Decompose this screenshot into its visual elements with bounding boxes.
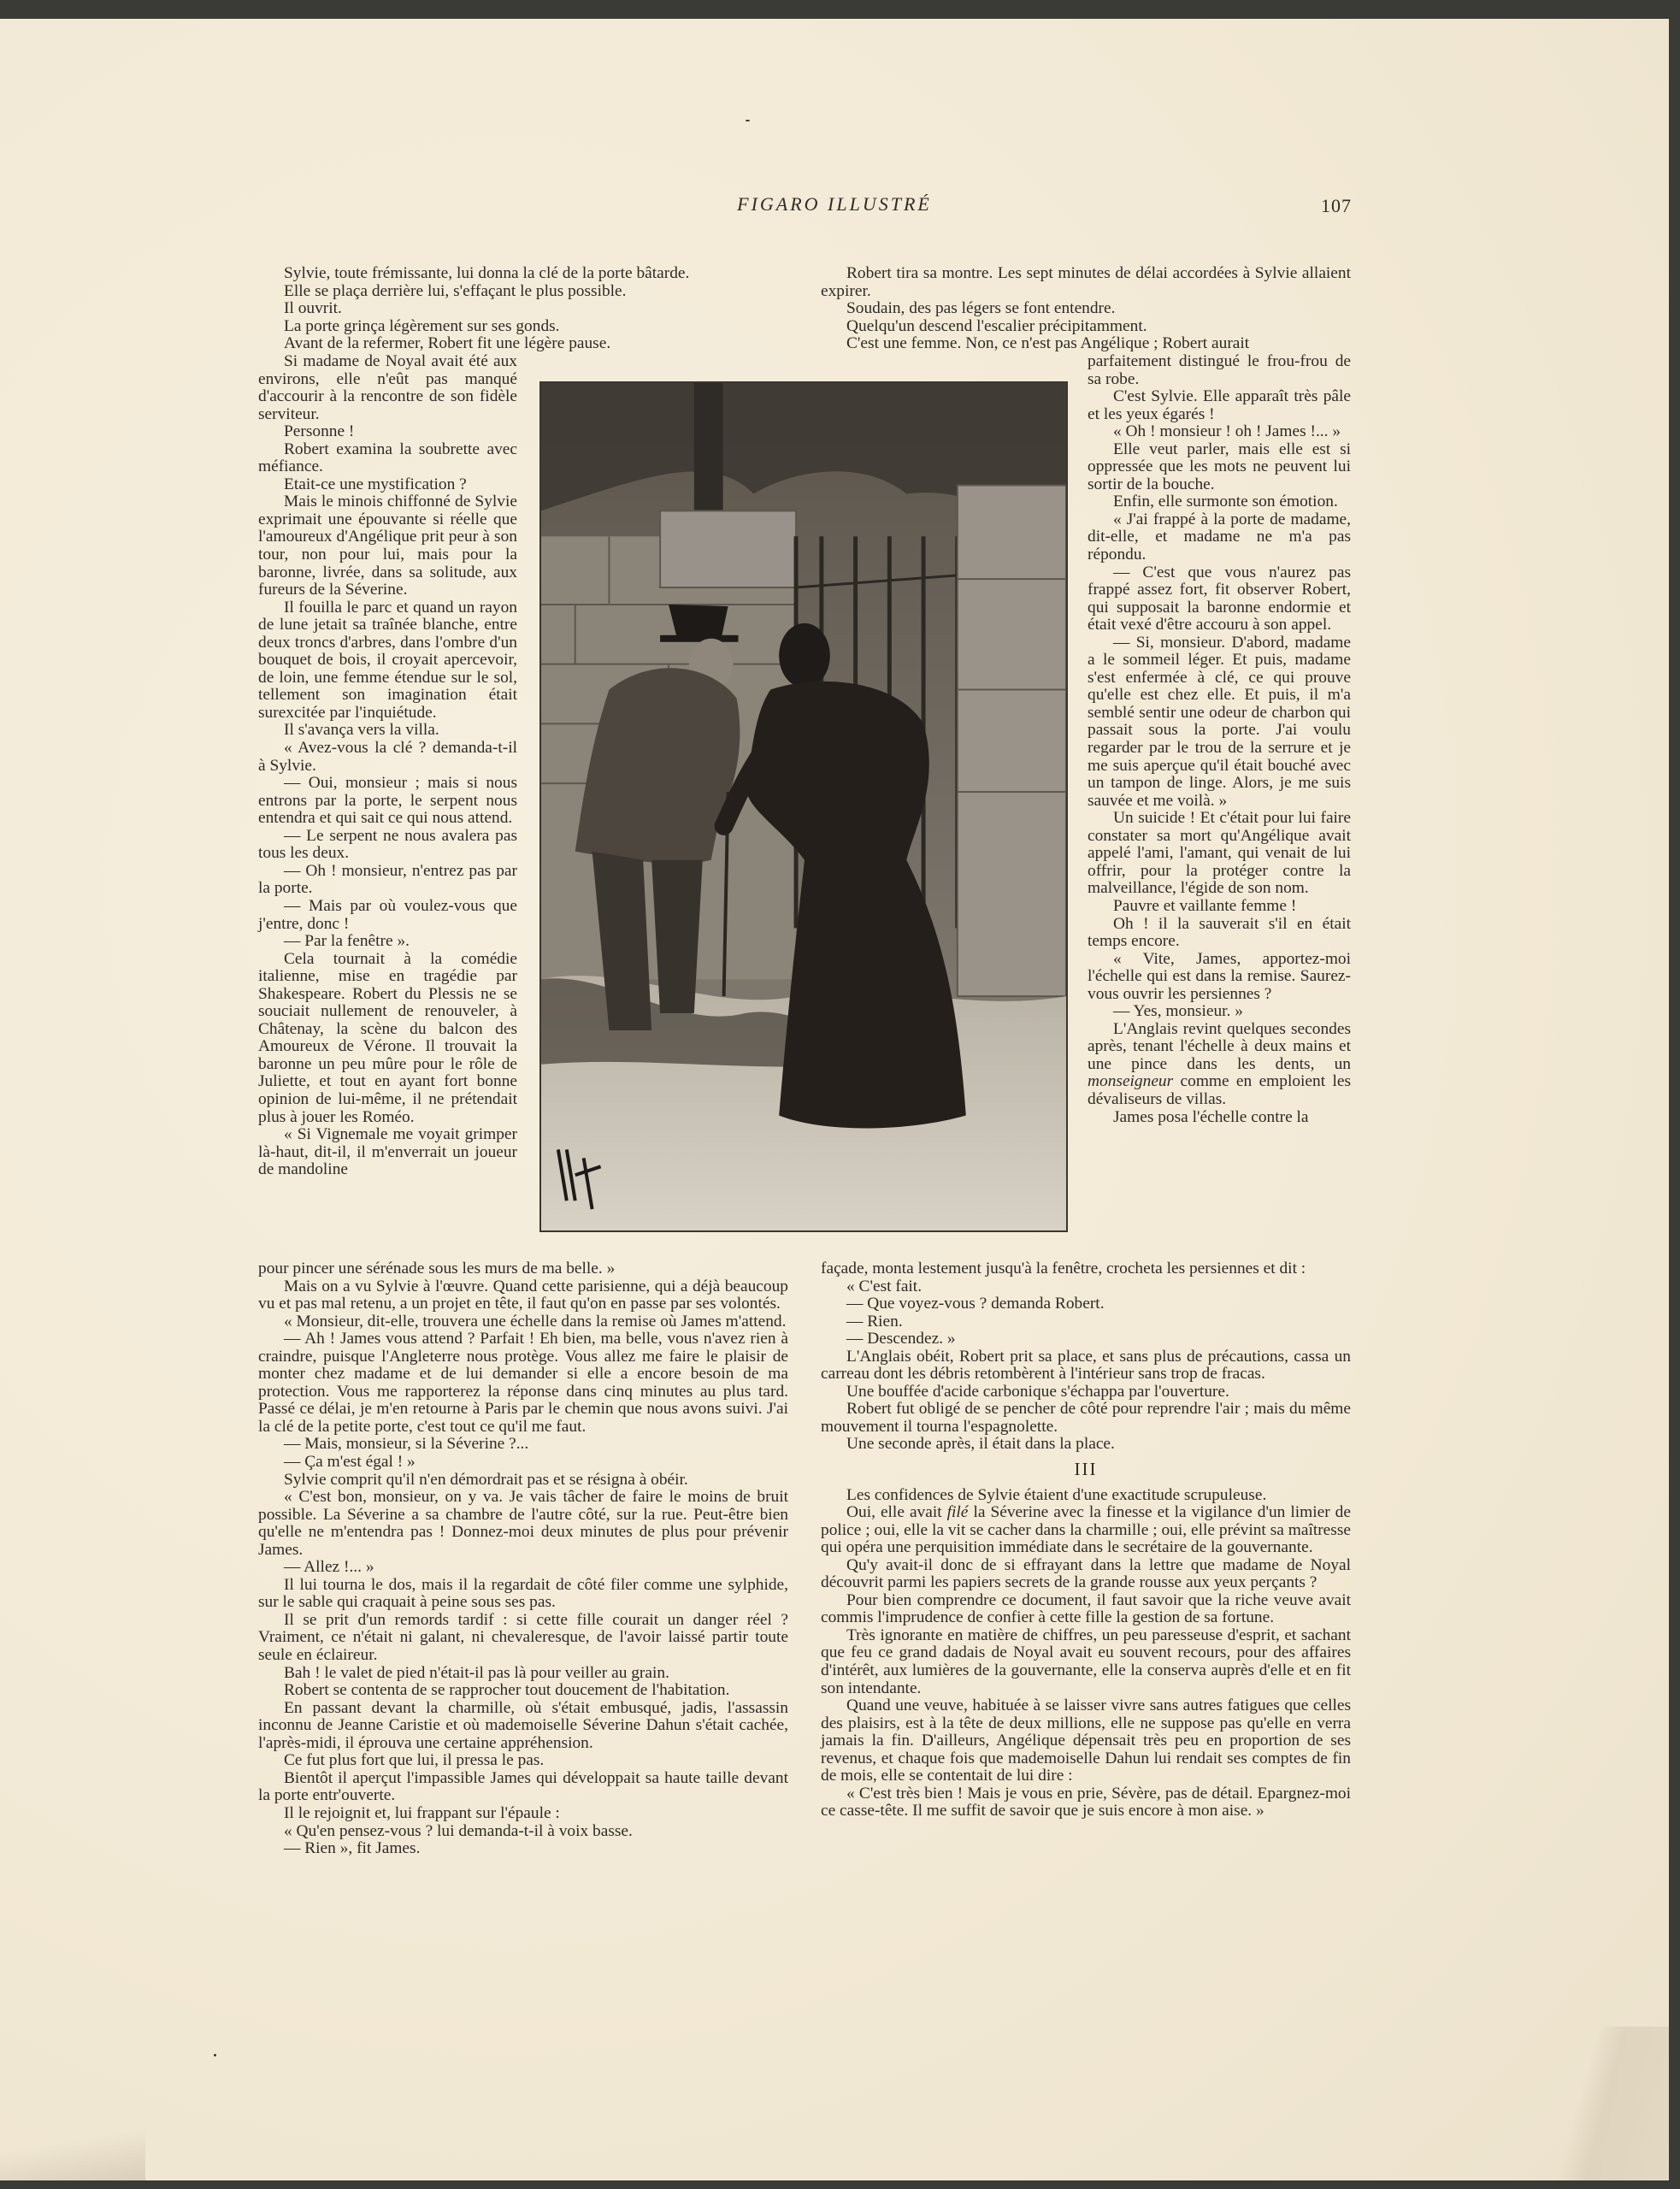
left-column-top: Sylvie, toute frémissante, lui donna la … — [258, 265, 788, 353]
paragraph: Avant de la refermer, Robert fit une lég… — [258, 335, 788, 353]
paragraph: Bah ! le valet de pied n'était-il pas là… — [258, 1665, 788, 1683]
text: Oui, elle avait — [846, 1503, 942, 1521]
paragraph: Il fouilla le parc et quand un rayon de … — [258, 599, 517, 723]
paragraph: — Ah ! James vous attend ? Parfait ! Eh … — [258, 1331, 788, 1436]
paragraph: — Oh ! monsieur, n'entrez pas par la por… — [258, 863, 517, 898]
paragraph: Quelqu'un descend l'escalier précipitamm… — [821, 318, 1351, 336]
running-head: FIGARO ILLUSTRÉ — [0, 193, 1669, 215]
paper-speck — [214, 2054, 216, 2056]
paragraph: parfaitement distingué le frou-frou de s… — [1088, 353, 1351, 388]
paragraph: Pour bien comprendre ce document, il fau… — [821, 1592, 1351, 1627]
paragraph: — Rien. — [821, 1313, 1351, 1331]
paragraph: « Si Vignemale me voyait grimper là-haut… — [258, 1126, 517, 1179]
paragraph: — Ça m'est égal ! » — [258, 1454, 788, 1472]
paragraph: Robert tira sa montre. Les sept minutes … — [821, 265, 1351, 300]
paragraph: — Descendez. » — [821, 1331, 1351, 1348]
paragraph: Robert fut obligé de se pencher de côté … — [821, 1401, 1351, 1436]
left-column-bottom: pour pincer une sérénade sous les murs d… — [258, 1260, 788, 1858]
gate-scene-image — [541, 383, 1066, 1230]
page-number: 107 — [1321, 195, 1352, 217]
page-corner-fold — [1524, 2027, 1669, 2180]
paragraph: C'est Sylvie. Elle apparaît très pâle et… — [1088, 388, 1351, 423]
paper-speck — [746, 120, 750, 121]
paragraph: « C'est très bien ! Mais je vous en prie… — [821, 1785, 1351, 1820]
paragraph: — Oui, monsieur ; mais si nous entrons p… — [258, 775, 517, 828]
text: L'Anglais revint quelques secondes après… — [1088, 1020, 1351, 1073]
paragraph: Etait-ce une mystification ? — [258, 476, 517, 494]
page-edge-wear — [0, 2129, 145, 2180]
paragraph: — C'est que vous n'aurez pas frappé asse… — [1088, 564, 1351, 634]
paragraph: L'Anglais revint quelques secondes après… — [1088, 1021, 1351, 1109]
paragraph: Un suicide ! Et c'était pour lui faire c… — [1088, 810, 1351, 898]
paragraph: Qu'y avait-il donc de si effrayant dans … — [821, 1557, 1351, 1592]
paragraph: « Oh ! monsieur ! oh ! James !... » — [1088, 423, 1351, 441]
paragraph: Enfin, elle surmonte son émotion. — [1088, 493, 1351, 511]
paragraph: — Rien », fit James. — [258, 1840, 788, 1858]
paragraph: — Par la fenêtre ». — [258, 933, 517, 951]
right-column-top: Robert tira sa montre. Les sept minutes … — [821, 265, 1351, 353]
paragraph: — Mais, monsieur, si la Séverine ?... — [258, 1436, 788, 1454]
paragraph: « Avez-vous la clé ? demanda-t-il à Sylv… — [258, 740, 517, 775]
italic-term: filé — [947, 1503, 969, 1521]
paragraph: Il lui tourna le dos, mais il la regarda… — [258, 1577, 788, 1612]
paragraph: pour pincer une sérénade sous les murs d… — [258, 1260, 788, 1278]
paragraph: façade, monta lestement jusqu'à la fenêt… — [821, 1260, 1351, 1278]
paragraph: Quand une veuve, habituée à se laisser v… — [821, 1697, 1351, 1785]
right-column-bottom: façade, monta lestement jusqu'à la fenêt… — [821, 1260, 1351, 1820]
paragraph: Elle se plaça derrière lui, s'effaçant l… — [258, 283, 788, 301]
paragraph: Il se prit d'un remords tardif : si cett… — [258, 1612, 788, 1665]
paragraph: Sylvie comprit qu'il n'en démordrait pas… — [258, 1472, 788, 1490]
paragraph: Si madame de Noyal avait été aux environ… — [258, 353, 517, 423]
paragraph: En passant devant la charmille, où s'éta… — [258, 1700, 788, 1753]
paragraph: Cela tournait à la comédie italienne, mi… — [258, 951, 517, 1126]
paragraph: Elle veut parler, mais elle est si oppre… — [1088, 441, 1351, 494]
paragraph: L'Anglais obéit, Robert prit sa place, e… — [821, 1348, 1351, 1384]
illustration-engraving — [539, 381, 1068, 1232]
paragraph: Il s'avança vers la villa. — [258, 722, 517, 740]
paragraph: Robert se contenta de se rapprocher tout… — [258, 1682, 788, 1700]
paragraph: — Le serpent ne nous avalera pas tous le… — [258, 828, 517, 863]
paragraph: Oh ! il la sauverait s'il en était temps… — [1088, 916, 1351, 951]
italic-term: monseigneur — [1088, 1072, 1173, 1090]
paragraph: Bientôt il aperçut l'impassible James qu… — [258, 1770, 788, 1805]
paragraph: Mais le minois chiffonné de Sylvie expri… — [258, 493, 517, 599]
paragraph: « Qu'en pensez-vous ? lui demanda-t-il à… — [258, 1823, 788, 1841]
paragraph: — Si, monsieur. D'abord, madame a le som… — [1088, 634, 1351, 810]
paragraph: Très ignorante en matière de chiffres, u… — [821, 1627, 1351, 1697]
paragraph: « Monsieur, dit-elle, trouvera une échel… — [258, 1313, 788, 1331]
paragraph: Mais on a vu Sylvie à l'œuvre. Quand cet… — [258, 1278, 788, 1313]
paragraph: C'est une femme. Non, ce n'est pas Angél… — [821, 335, 1351, 353]
paragraph: — Yes, monsieur. » — [1088, 1003, 1351, 1021]
paragraph: Les confidences de Sylvie étaient d'une … — [821, 1487, 1351, 1505]
paragraph: Il le rejoignit et, lui frappant sur l'é… — [258, 1805, 788, 1823]
left-column-beside-illustration: Si madame de Noyal avait été aux environ… — [258, 353, 517, 1179]
paragraph: Personne ! — [258, 423, 517, 441]
paragraph: « J'ai frappé à la porte de madame, dit-… — [1088, 511, 1351, 564]
paragraph: Il ouvrit. — [258, 300, 788, 318]
paragraph: Pauvre et vaillante femme ! — [1088, 898, 1351, 916]
paragraph: Soudain, des pas légers se font entendre… — [821, 300, 1351, 318]
paragraph: — Mais par où voulez-vous que j'entre, d… — [258, 898, 517, 933]
paragraph: « Vite, James, apportez-moi l'échelle qu… — [1088, 951, 1351, 1004]
paragraph: Sylvie, toute frémissante, lui donna la … — [258, 265, 788, 283]
paragraph: Une seconde après, il était dans la plac… — [821, 1436, 1351, 1454]
paragraph: Robert examina la soubrette avec méfianc… — [258, 441, 517, 476]
paragraph: — Que voyez-vous ? demanda Robert. — [821, 1295, 1351, 1313]
paragraph: Ce fut plus fort que lui, il pressa le p… — [258, 1752, 788, 1770]
chapter-heading: III — [821, 1460, 1351, 1478]
magazine-page: FIGARO ILLUSTRÉ 107 Sylvie, toute frémis… — [0, 19, 1669, 2180]
paragraph: La porte grinça légèrement sur ses gonds… — [258, 318, 788, 336]
paragraph: Oui, elle avait filé la Séverine avec la… — [821, 1504, 1351, 1557]
paragraph: « C'est bon, monsieur, on y va. Je vais … — [258, 1489, 788, 1559]
paragraph: — Allez !... » — [258, 1559, 788, 1577]
paragraph: « C'est fait. — [821, 1278, 1351, 1296]
paragraph: Une bouffée d'acide carbonique s'échappa… — [821, 1384, 1351, 1401]
paragraph: James posa l'échelle contre la — [1088, 1109, 1351, 1127]
right-column-beside-illustration: parfaitement distingué le frou-frou de s… — [1088, 353, 1351, 1126]
